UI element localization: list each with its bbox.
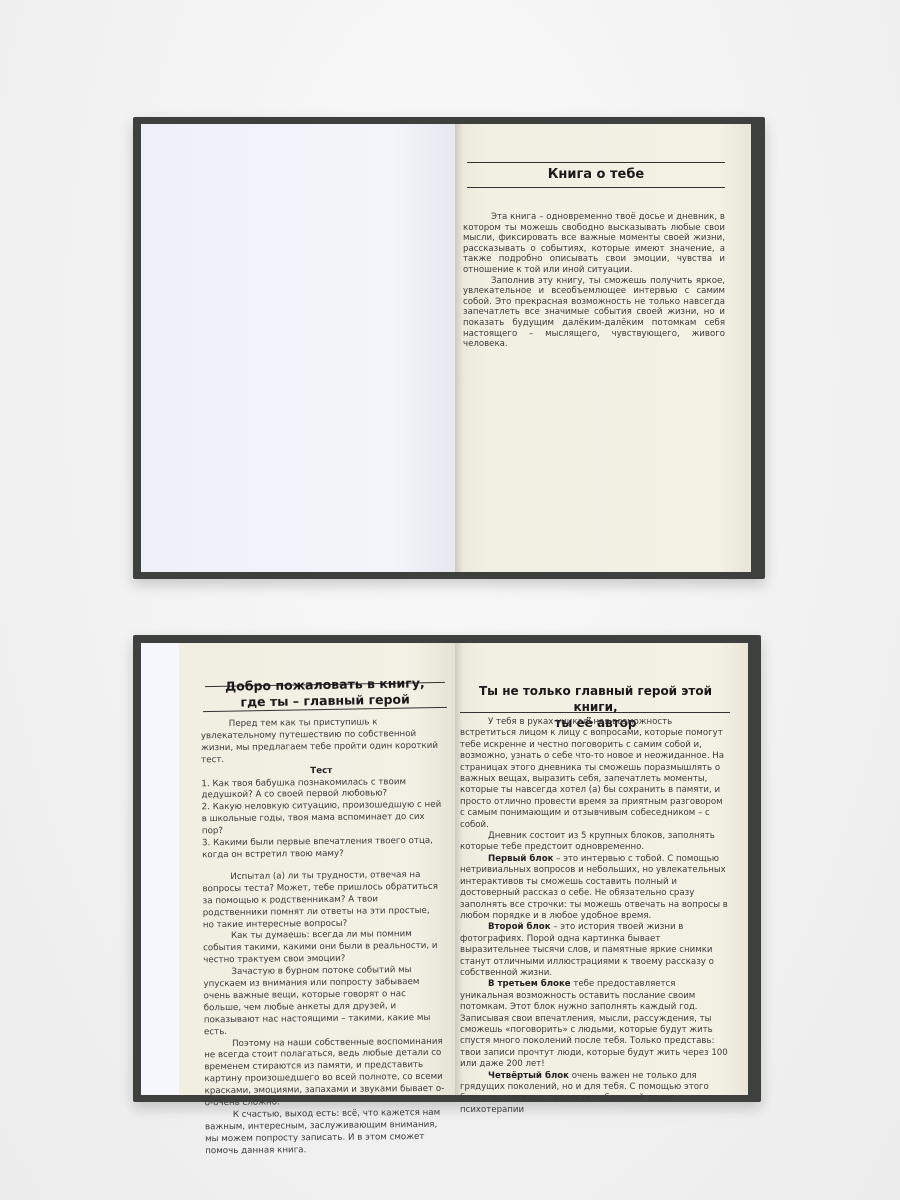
intro-paragraph: Перед тем как ты приступишь к увлекатель… (201, 717, 441, 767)
paragraph: К счастью, выход есть: всё, что кажется … (205, 1108, 445, 1158)
page-title: Книга о тебе (467, 166, 725, 184)
question: 3. Какими были первые впечатления твоего… (202, 836, 442, 862)
title-line-1: Ты не только главный герой этой книги, (458, 683, 733, 715)
paragraph: Поэтому на наши собственные воспоминания… (204, 1036, 445, 1110)
intro-text: Эта книга – одновременно твоё досье и дн… (463, 212, 725, 350)
paragraph: У тебя в руках уникальная возможность вс… (460, 717, 730, 831)
question: 2. Какую неловкую ситуацию, произошедшую… (202, 800, 442, 838)
page-title: Добро пожаловать в книгу, где ты – главн… (200, 675, 451, 711)
paragraph: Зачастую в бурном потоке событий мы упус… (203, 965, 444, 1039)
paragraph: В третьем блоке тебе предоставляется уни… (460, 979, 730, 1070)
title-rule-bottom (460, 712, 730, 713)
page-block-edge (141, 643, 181, 1095)
paragraph: Первый блок – это интервью с тобой. С по… (460, 854, 730, 922)
paragraph: Четвёртый блок очень важен не только для… (460, 1071, 730, 1117)
title-rule-top (467, 162, 725, 163)
spine-shadow (455, 124, 463, 572)
paragraph: Дневник состоит из 5 крупных блоков, зап… (460, 831, 730, 854)
question: 1. Как твоя бабушка познакомилась с твои… (201, 776, 441, 802)
paragraph: Второй блок – это история твоей жизни в … (460, 922, 730, 979)
right-body-text: У тебя в руках уникальная возможность вс… (460, 717, 730, 1116)
blank-left-page (141, 124, 455, 572)
paragraph: Как ты думаешь: всегда ли мы помним собы… (203, 929, 443, 967)
paragraph: Заполнив эту книгу, ты сможешь получить … (463, 276, 725, 350)
paragraph: Испытал (а) ли ты трудности, отвечая на … (202, 870, 443, 932)
paragraph: Эта книга – одновременно твоё досье и дн… (463, 212, 725, 276)
left-body-text: Перед тем как ты приступишь к увлекатель… (201, 717, 446, 1158)
title-rule-bottom (467, 187, 725, 188)
